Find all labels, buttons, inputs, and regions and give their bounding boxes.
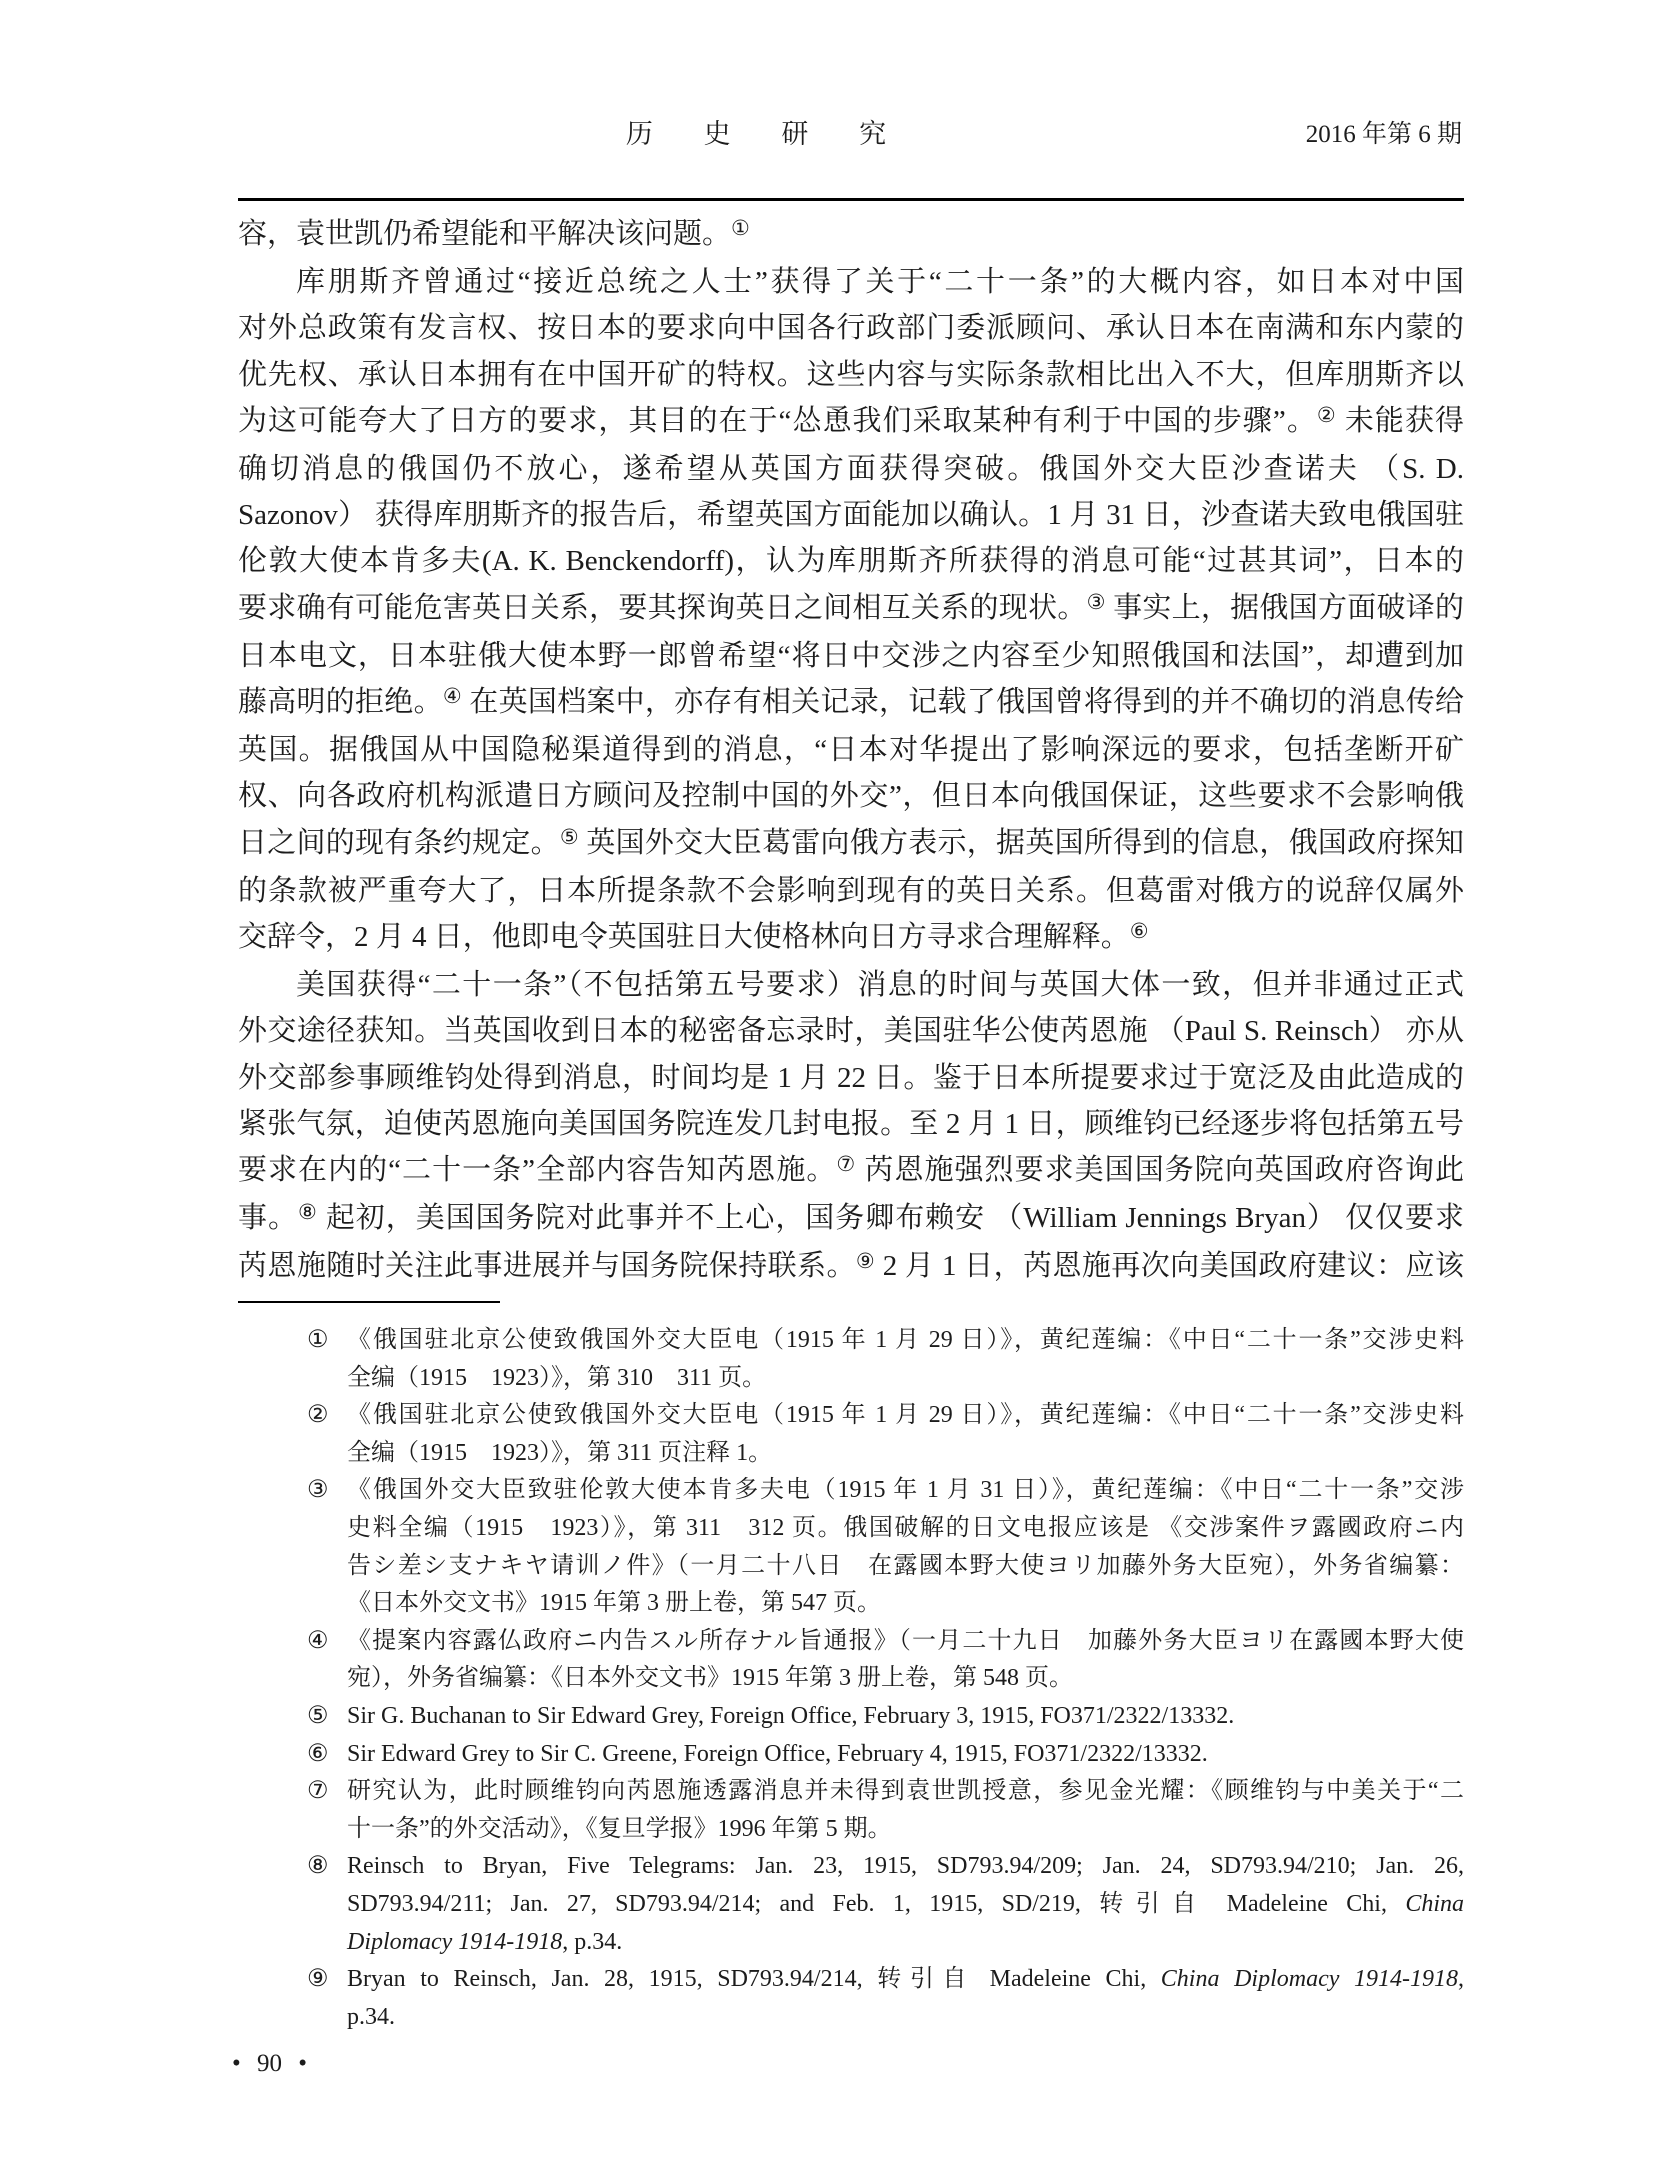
footnote-marker: ⑥	[307, 1736, 329, 1774]
footnote-text: 全编（1915 1923）》，第 310 311 页。	[347, 1365, 766, 1391]
footnote-text-italic: Diplomacy 1914-1918	[347, 1929, 562, 1955]
journal-page: 历 史 研 究 2016 年第 6 期 容，袁世凯仍希望能和平解决该问题。①库朋…	[0, 0, 1654, 2166]
paragraph-line: 库朋斯齐曾通过“接近总统之人士”获得了关于“二十一条”的大概内容，如日本对中国	[238, 259, 1464, 305]
footnote-item: ⑧Reinsch to Bryan, Five Telegrams: Jan. …	[307, 1848, 1464, 1961]
footnote-marker: ⑧	[307, 1848, 329, 1886]
footnote-line: 宛），外务省编纂：《日本外交文书》1915 年第 3 册上卷，第 548 页。	[347, 1660, 1464, 1698]
footnote-text: Bryan to Reinsch, Jan. 28, 1915, SD793.9…	[347, 1966, 1161, 1992]
footnote-text-italic: China	[1405, 1891, 1464, 1917]
paragraph-line: 藤高明的拒绝。④ 在英国档案中，亦存有相关记录，记载了俄国曾将得到的并不确切的消…	[238, 679, 1464, 727]
footnote-marker: ⑦	[307, 1773, 329, 1811]
footnote-text: Reinsch to Bryan, Five Telegrams: Jan. 2…	[347, 1853, 1464, 1879]
paragraph: 容，袁世凯仍希望能和平解决该问题。①	[238, 211, 1464, 259]
footnote-item: ②《俄国驻北京公使致俄国外交大臣电（1915 年 1 月 29 日）》，黄纪莲编…	[307, 1397, 1464, 1472]
footnote-ref-marker: ⑨	[856, 1249, 875, 1273]
footnote-text: 《日本外交文书》1915 年第 3 册上卷，第 547 页。	[347, 1590, 881, 1616]
paragraph-line: 日之间的现有条约规定。⑤ 英国外交大臣葛雷向俄方表示，据英国所得到的信息，俄国政…	[238, 820, 1464, 868]
footnote-text-italic: China Diplomacy 1914-1918	[1161, 1966, 1458, 1992]
footnote-line: 告シ差シ支ナキヤ请训ノ件》（一月二十八日 在露國本野大使ヨリ加藤外务大臣宛），外…	[347, 1548, 1464, 1586]
paragraph-line: 外交部参事顾维钧处得到消息，时间均是 1 月 22 日。鉴于日本所提要求过于宽泛…	[238, 1055, 1464, 1101]
footnote-text: 研究认为，此时顾维钧向芮恩施透露消息并未得到袁世凯授意，参见金光耀：《顾维钧与中…	[347, 1778, 1464, 1804]
footnote-marker: ③	[307, 1472, 329, 1510]
footnote-line: 《俄国外交大臣致驻伦敦大使本肯多夫电（1915 年 1 月 31 日）》，黄纪莲…	[347, 1472, 1464, 1510]
footnote-text: SD793.94/211; Jan. 27, SD793.94/214; and…	[347, 1891, 1405, 1917]
paragraph-line: 紧张气氛，迫使芮恩施向美国国务院连发几封电报。至 2 月 1 日，顾维钧已经逐步…	[238, 1101, 1464, 1147]
paragraph-line: 权、向各政府机构派遣日方顾问及控制中国的外交”，但日本向俄国保证，这些要求不会影…	[238, 773, 1464, 819]
footnote-line: Reinsch to Bryan, Five Telegrams: Jan. 2…	[347, 1848, 1464, 1886]
footnote-line: 全编（1915 1923）》，第 310 311 页。	[347, 1360, 1464, 1398]
footnote-line: Diplomacy 1914-1918, p.34.	[347, 1924, 1464, 1962]
footnote-item: ④《提案内容露仏政府ニ内告スル所存ナル旨通报》（一月二十九日 加藤外务大臣ヨリ在…	[307, 1623, 1464, 1698]
footnote-text: ,	[1458, 1966, 1464, 1992]
paragraph-line: 伦敦大使本肯多夫(A. K. Benckendorff)，认为库朋斯齐所获得的消…	[238, 538, 1464, 584]
paragraph-line: 容，袁世凯仍希望能和平解决该问题。①	[238, 211, 1464, 259]
footnote-item: ⑨Bryan to Reinsch, Jan. 28, 1915, SD793.…	[307, 1961, 1464, 2036]
footnote-ref-marker: ⑥	[1130, 919, 1149, 943]
footnote-marker: ④	[307, 1623, 329, 1661]
paragraph-line: 的条款被严重夸大了，日本所提条款不会影响到现有的英日关系。但葛雷对俄方的说辞仅属…	[238, 868, 1464, 914]
footnote-line: 《俄国驻北京公使致俄国外交大臣电（1915 年 1 月 29 日）》，黄纪莲编：…	[347, 1397, 1464, 1435]
paragraph-line: 对外总政策有发言权、按日本的要求向中国各行政部门委派顾问、承认日本在南满和东内蒙…	[238, 305, 1464, 351]
footnote-text: 《俄国驻北京公使致俄国外交大臣电（1915 年 1 月 29 日）》，黄纪莲编：…	[347, 1402, 1464, 1428]
footnote-line: 史料全编（1915 1923）》，第 311 312 页。俄国破解的日文电报应该…	[347, 1510, 1464, 1548]
footnote-line: p.34.	[347, 1999, 1464, 2037]
footnote-marker: ①	[307, 1322, 329, 1360]
footnote-text: 《俄国驻北京公使致俄国外交大臣电（1915 年 1 月 29 日）》，黄纪莲编：…	[347, 1327, 1464, 1353]
footnote-line: 十一条”的外交活动》，《复旦学报》1996 年第 5 期。	[347, 1811, 1464, 1849]
paragraph-line: 日本电文，日本驻俄大使本野一郎曾希望“将日中交涉之内容至少知照俄国和法国”，却遭…	[238, 633, 1464, 679]
footnote-ref-marker: ⑧	[298, 1200, 318, 1224]
paragraph-line: Sazonov） 获得库朋斯齐的报告后，希望英国方面能加以确认。1 月 31 日…	[238, 492, 1464, 538]
footnote-line: 《俄国驻北京公使致俄国外交大臣电（1915 年 1 月 29 日）》，黄纪莲编：…	[347, 1322, 1464, 1360]
footnote-marker: ②	[307, 1397, 329, 1435]
paragraph-line: 交辞令，2 月 4 日，他即电令英国驻日大使格林向日方寻求合理解释。⑥	[238, 914, 1464, 962]
footnote-marker: ⑨	[307, 1961, 329, 1999]
footnote-text: 《俄国外交大臣致驻伦敦大使本肯多夫电（1915 年 1 月 31 日）》，黄纪莲…	[347, 1477, 1464, 1503]
paragraph-line: 要求确有可能危害英日关系，要其探询英日之间相互关系的现状。③ 事实上，据俄国方面…	[238, 585, 1464, 633]
footnote-item: ①《俄国驻北京公使致俄国外交大臣电（1915 年 1 月 29 日）》，黄纪莲编…	[307, 1322, 1464, 1397]
paragraph-line: 要求在内的“二十一条”全部内容告知芮恩施。⑦ 芮恩施强烈要求美国国务院向英国政府…	[238, 1147, 1464, 1195]
header-rule	[238, 198, 1464, 201]
footnote-text: 告シ差シ支ナキヤ请训ノ件》（一月二十八日 在露國本野大使ヨリ加藤外务大臣宛），外…	[347, 1553, 1464, 1579]
footnote-text: 史料全编（1915 1923）》，第 311 312 页。俄国破解的日文电报应该…	[347, 1515, 1464, 1541]
footnote-line: Bryan to Reinsch, Jan. 28, 1915, SD793.9…	[347, 1961, 1464, 1999]
footnote-item: ③《俄国外交大臣致驻伦敦大使本肯多夫电（1915 年 1 月 31 日）》，黄纪…	[307, 1472, 1464, 1622]
footnote-ref-marker: ②	[1317, 403, 1337, 427]
journal-title: 历 史 研 究	[0, 112, 1534, 151]
footnote-line: 《提案内容露仏政府ニ内告スル所存ナル旨通报》（一月二十九日 加藤外务大臣ヨリ在露…	[347, 1623, 1464, 1661]
footnote-line: SD793.94/211; Jan. 27, SD793.94/214; and…	[347, 1886, 1464, 1924]
footnote-item: ⑤Sir G. Buchanan to Sir Edward Grey, For…	[307, 1698, 1464, 1736]
paragraph-line: 事。⑧ 起初，美国国务院对此事并不上心，国务卿布赖安 （William Jenn…	[238, 1195, 1464, 1243]
footnotes-section: ①《俄国驻北京公使致俄国外交大臣电（1915 年 1 月 29 日）》，黄纪莲编…	[307, 1322, 1464, 2036]
page-number: • 90 •	[232, 2050, 307, 2078]
footnote-item: ⑦研究认为，此时顾维钧向芮恩施透露消息并未得到袁世凯授意，参见金光耀：《顾维钧与…	[307, 1773, 1464, 1848]
footnote-line: 研究认为，此时顾维钧向芮恩施透露消息并未得到袁世凯授意，参见金光耀：《顾维钧与中…	[347, 1773, 1464, 1811]
footnote-marker: ⑤	[307, 1698, 329, 1736]
paragraph: 美国获得“二十一条”（不包括第五号要求）消息的时间与英国大体一致，但并非通过正式…	[238, 962, 1464, 1291]
paragraph-line: 英国。据俄国从中国隐秘渠道得到的消息，“日本对华提出了影响深远的要求，包括垄断开…	[238, 727, 1464, 773]
footnote-ref-marker: ⑤	[560, 825, 579, 849]
paragraph-line: 芮恩施随时关注此事进展并与国务院保持联系。⑨ 2 月 1 日，芮恩施再次向美国政…	[238, 1243, 1464, 1291]
footnote-ref-marker: ⑦	[836, 1152, 856, 1176]
footnote-text: p.34.	[347, 2004, 395, 2030]
footnote-text: 《提案内容露仏政府ニ内告スル所存ナル旨通报》（一月二十九日 加藤外务大臣ヨリ在露…	[347, 1628, 1464, 1654]
paragraph-line: 美国获得“二十一条”（不包括第五号要求）消息的时间与英国大体一致，但并非通过正式	[238, 962, 1464, 1008]
footnote-ref-marker: ①	[731, 216, 750, 240]
footnote-line: Sir Edward Grey to Sir C. Greene, Foreig…	[347, 1736, 1464, 1774]
paragraph-line: 外交途径获知。当英国收到日本的秘密备忘录时，美国驻华公使芮恩施 （Paul S.…	[238, 1008, 1464, 1054]
footnote-text: , p.34.	[562, 1929, 622, 1955]
footnote-text: 全编（1915 1923）》，第 311 页注释 1。	[347, 1440, 772, 1466]
footnote-text: Sir G. Buchanan to Sir Edward Grey, Fore…	[347, 1703, 1234, 1729]
article-body: 容，袁世凯仍希望能和平解决该问题。①库朋斯齐曾通过“接近总统之人士”获得了关于“…	[238, 211, 1464, 1292]
footnote-line: 全编（1915 1923）》，第 311 页注释 1。	[347, 1435, 1464, 1473]
footnote-text: 宛），外务省编纂：《日本外交文书》1915 年第 3 册上卷，第 548 页。	[347, 1665, 1073, 1691]
footnote-line: Sir G. Buchanan to Sir Edward Grey, Fore…	[347, 1698, 1464, 1736]
footnote-text: 十一条”的外交活动》，《复旦学报》1996 年第 5 期。	[347, 1816, 892, 1842]
issue-label: 2016 年第 6 期	[1306, 114, 1462, 150]
footnote-item: ⑥Sir Edward Grey to Sir C. Greene, Forei…	[307, 1736, 1464, 1774]
paragraph: 库朋斯齐曾通过“接近总统之人士”获得了关于“二十一条”的大概内容，如日本对中国对…	[238, 259, 1464, 962]
footnote-ref-marker: ③	[1087, 590, 1106, 614]
footnote-line: 《日本外交文书》1915 年第 3 册上卷，第 547 页。	[347, 1585, 1464, 1623]
paragraph-line: 确切消息的俄国仍不放心，遂希望从英国方面获得突破。俄国外交大臣沙查诺夫 （S. …	[238, 446, 1464, 492]
paragraph-line: 优先权、承认日本拥有在中国开矿的特权。这些内容与实际条款相比出入不大，但库朋斯齐…	[238, 352, 1464, 398]
paragraph-line: 为这可能夸大了日方的要求，其目的在于“怂恿我们采取某种有利于中国的步骤”。② 未…	[238, 398, 1464, 446]
footnote-text: Sir Edward Grey to Sir C. Greene, Foreig…	[347, 1741, 1208, 1767]
footnote-separator	[238, 1301, 500, 1303]
footnote-ref-marker: ④	[443, 684, 462, 708]
